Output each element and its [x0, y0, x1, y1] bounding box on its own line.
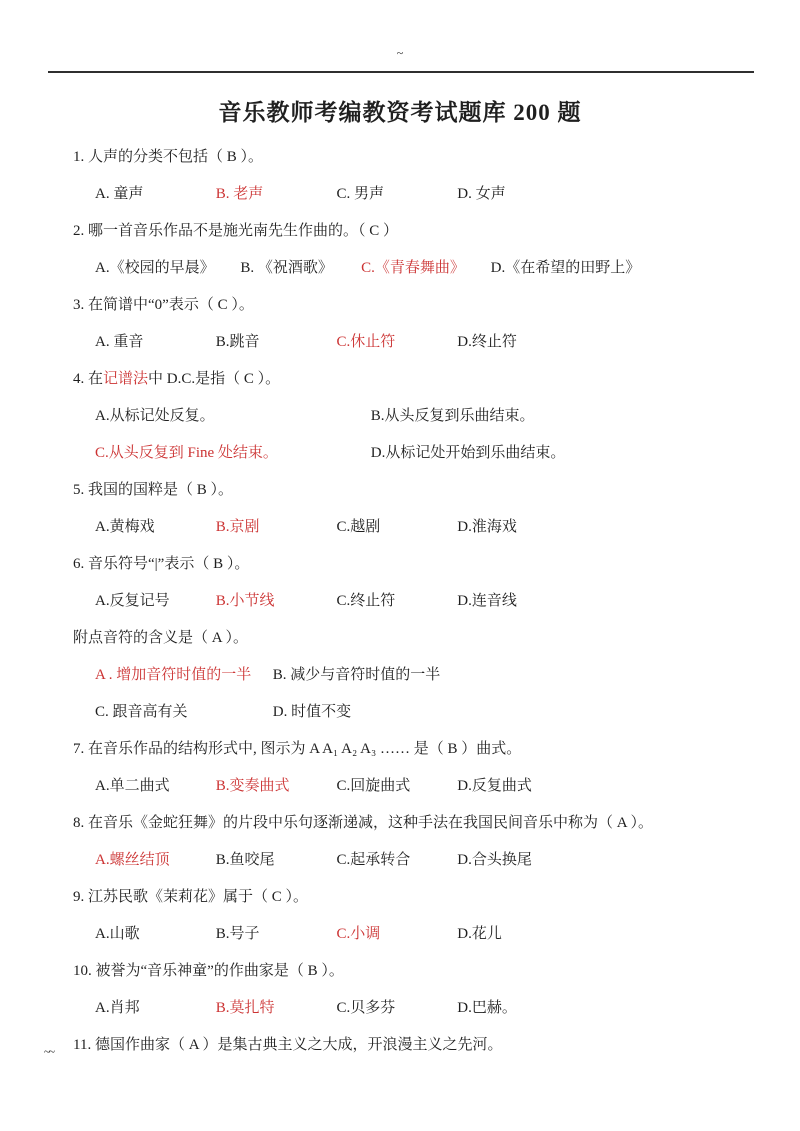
question-text: 9. 江苏民歌《茉莉花》属于（ C ）。: [73, 886, 770, 908]
question-3: 3. 在简谱中“0”表示（ C ）。 A. 重音 B.跳音 C.休止符 D.终止…: [73, 294, 770, 353]
question-4: 4. 在记谱法中 D.C.是指（ C ）。 A.从标记处反复。 B.从头反复到乐…: [73, 368, 770, 464]
option-b: B.鱼咬尾: [216, 849, 311, 871]
option-b: B.从头反复到乐曲结束。: [371, 405, 643, 427]
question-options-row-2: C.从头反复到 Fine 处结束。 D.从标记处开始到乐曲结束。: [73, 442, 770, 464]
option-d: D.连音线: [457, 590, 552, 612]
question-options: A.反复记号 B.小节线 C.终止符 D.连音线: [73, 590, 770, 612]
option-a: A.反复记号: [95, 590, 190, 612]
page-header-mark: ~: [0, 46, 800, 61]
question-1: 1. 人声的分类不包括（ B ）。 A. 童声 B. 老声 C. 男声 D. 女…: [73, 146, 770, 205]
option-c: C.从头反复到 Fine 处结束。: [95, 442, 367, 464]
question-options-row-1: A.从标记处反复。 B.从头反复到乐曲结束。: [73, 405, 770, 427]
page-title: 音乐教师考编教资考试题库 200 题: [0, 94, 800, 127]
question-options: A. 童声 B. 老声 C. 男声 D. 女声: [73, 183, 770, 205]
question-text: 6. 音乐符号“|”表示（ B ）。: [73, 553, 770, 575]
question-text: 4. 在记谱法中 D.C.是指（ C ）。: [73, 368, 770, 390]
option-d: D.终止符: [457, 331, 552, 353]
question-text: 10. 被誉为“音乐神童”的作曲家是（ B ）。: [73, 960, 770, 982]
option-d: D.巴赫。: [457, 997, 552, 1019]
option-c: C.小调: [337, 923, 432, 945]
question-text: 2. 哪一首音乐作品不是施光南先生作曲的。（ C ）: [73, 220, 770, 242]
option-c: C.贝多芬: [337, 997, 432, 1019]
document-page: ~ 音乐教师考编教资考试题库 200 题 1. 人声的分类不包括（ B ）。 A…: [0, 0, 800, 1131]
question-text: 3. 在简谱中“0”表示（ C ）。: [73, 294, 770, 316]
option-a: A. 童声: [95, 183, 190, 205]
option-a: A . 增加音符时值的一半: [95, 664, 269, 686]
option-a: A.《校园的早晨》: [95, 257, 215, 279]
option-b: B.跳音: [216, 331, 311, 353]
question-options-row-1: A . 增加音符时值的一半 B. 减少与音符时值的一半: [73, 664, 770, 686]
question-options: A.山歌 B.号子 C.小调 D.花儿: [73, 923, 770, 945]
question-10: 10. 被誉为“音乐神童”的作曲家是（ B ）。 A.肖邦 B.莫扎特 C.贝多…: [73, 960, 770, 1019]
question-8: 8. 在音乐《金蛇狂舞》的片段中乐句逐渐递减，这种手法在我国民间音乐中称为（ A…: [73, 812, 770, 871]
option-c: C.终止符: [337, 590, 432, 612]
option-a: A.肖邦: [95, 997, 190, 1019]
option-b: B.号子: [216, 923, 311, 945]
option-d: D.合头换尾: [457, 849, 552, 871]
option-a: A.螺丝结顶: [95, 849, 190, 871]
option-c: C.越剧: [337, 516, 432, 538]
option-a: A.单二曲式: [95, 775, 190, 797]
question-text-part: 中 D.C.是指（ C ）。: [148, 371, 280, 387]
option-d: D.《在希望的田野上》: [491, 257, 641, 279]
question-options-row-2: C. 跟音高有关 D. 时值不变: [73, 701, 770, 723]
question-text: 附点音符的含义是（ A ）。: [73, 627, 770, 649]
question-text: 11. 德国作曲家（ A ）是集古典主义之大成，开浪漫主义之先河。: [73, 1034, 770, 1056]
option-c: C.起承转合: [337, 849, 432, 871]
page-footer-mark: ~~: [44, 1046, 54, 1058]
header-divider-line: [48, 71, 754, 73]
option-b: B. 《祝酒歌》: [240, 257, 335, 279]
highlighted-term: 记谱法: [103, 371, 148, 387]
option-d: D.从标记处开始到乐曲结束。: [371, 442, 643, 464]
question-list: 1. 人声的分类不包括（ B ）。 A. 童声 B. 老声 C. 男声 D. 女…: [73, 146, 770, 1071]
option-c: C.《青春舞曲》: [361, 257, 465, 279]
option-d: D.淮海戏: [457, 516, 552, 538]
question-5: 5. 我国的国粹是（ B ）。 A.黄梅戏 B.京剧 C.越剧 D.淮海戏: [73, 479, 770, 538]
option-a: A.山歌: [95, 923, 190, 945]
question-dotted-note: 附点音符的含义是（ A ）。 A . 增加音符时值的一半 B. 减少与音符时值的…: [73, 627, 770, 723]
option-a: A.从标记处反复。: [95, 405, 367, 427]
option-c: C.休止符: [337, 331, 432, 353]
question-options: A.螺丝结顶 B.鱼咬尾 C.起承转合 D.合头换尾: [73, 849, 770, 871]
question-options: A.黄梅戏 B.京剧 C.越剧 D.淮海戏: [73, 516, 770, 538]
option-a: A.黄梅戏: [95, 516, 190, 538]
option-c: C. 男声: [337, 183, 432, 205]
question-11: 11. 德国作曲家（ A ）是集古典主义之大成，开浪漫主义之先河。: [73, 1034, 770, 1056]
question-options: A.肖邦 B.莫扎特 C.贝多芬 D.巴赫。: [73, 997, 770, 1019]
option-d: D.反复曲式: [457, 775, 552, 797]
option-b: B.小节线: [216, 590, 311, 612]
question-text-part: 4. 在: [73, 371, 103, 387]
option-b: B.莫扎特: [216, 997, 311, 1019]
option-a: A. 重音: [95, 331, 190, 353]
option-b: B. 老声: [216, 183, 311, 205]
option-d: D. 时值不变: [273, 701, 447, 723]
question-text: 5. 我国的国粹是（ B ）。: [73, 479, 770, 501]
option-d: D. 女声: [457, 183, 552, 205]
option-d: D.花儿: [457, 923, 552, 945]
option-b: B.变奏曲式: [216, 775, 311, 797]
option-b: B.京剧: [216, 516, 311, 538]
option-c: C. 跟音高有关: [95, 701, 269, 723]
question-text: 8. 在音乐《金蛇狂舞》的片段中乐句逐渐递减，这种手法在我国民间音乐中称为（ A…: [73, 812, 770, 834]
option-b: B. 减少与音符时值的一半: [273, 664, 447, 686]
question-6: 6. 音乐符号“|”表示（ B ）。 A.反复记号 B.小节线 C.终止符 D.…: [73, 553, 770, 612]
question-options: A. 重音 B.跳音 C.休止符 D.终止符: [73, 331, 770, 353]
question-9: 9. 江苏民歌《茉莉花》属于（ C ）。 A.山歌 B.号子 C.小调 D.花儿: [73, 886, 770, 945]
question-text: 1. 人声的分类不包括（ B ）。: [73, 146, 770, 168]
question-text: 7. 在音乐作品的结构形式中, 图示为 A A₁ A₂ A₃ …… 是（ B ）…: [73, 738, 770, 760]
option-c: C.回旋曲式: [337, 775, 432, 797]
question-options: A.单二曲式 B.变奏曲式 C.回旋曲式 D.反复曲式: [73, 775, 770, 797]
question-2: 2. 哪一首音乐作品不是施光南先生作曲的。（ C ） A.《校园的早晨》 B. …: [73, 220, 770, 279]
question-options: A.《校园的早晨》 B. 《祝酒歌》 C.《青春舞曲》 D.《在希望的田野上》: [73, 257, 770, 279]
question-7: 7. 在音乐作品的结构形式中, 图示为 A A₁ A₂ A₃ …… 是（ B ）…: [73, 738, 770, 797]
